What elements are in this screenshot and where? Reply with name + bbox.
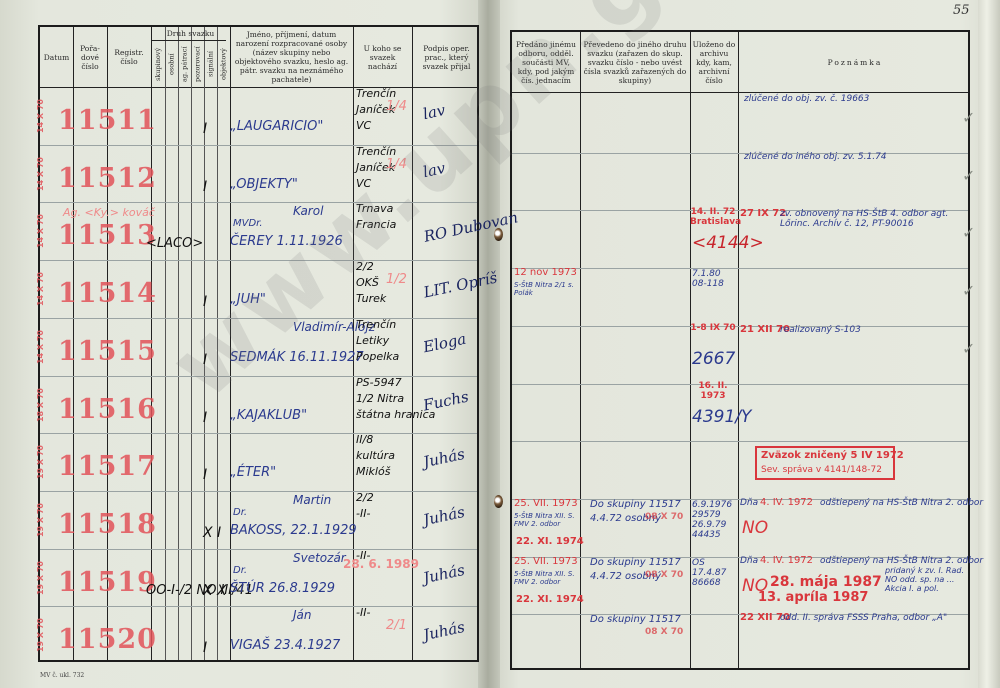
check-mark: ✓	[962, 223, 975, 242]
header-u-koho: U koho se svazek nachází	[353, 27, 412, 87]
row-number-stamp: 11514	[58, 278, 157, 309]
holder-line: Trnava	[356, 202, 393, 215]
subject-name: „ÉTER"	[230, 465, 276, 480]
check-mark: ✓	[962, 339, 975, 358]
binder-ring	[494, 495, 503, 508]
row-number-stamp: 11516	[58, 394, 157, 425]
ulozeno-stamp: 1-8 IX 70	[690, 323, 736, 333]
header-prevedeno: Převedeno do jiného druhu svazku (zařaze…	[580, 32, 690, 92]
druh-mark: X I	[203, 525, 221, 541]
check-mark: ✓	[962, 108, 975, 127]
poznamka-stamp: 28. mája 1987	[770, 574, 882, 590]
subject-name: „JUH"	[230, 292, 266, 307]
predano-stamp: 25. VII. 1973	[514, 498, 578, 509]
first-name: Svetozár	[293, 551, 346, 565]
holder-line: 2/2	[356, 491, 374, 504]
druh-mark: I	[203, 410, 207, 426]
header-druh-type: pozorovací	[191, 41, 204, 87]
druh-mark: I	[203, 121, 207, 137]
date-stamp: 19 X 70	[36, 445, 45, 479]
ulozeno-text: 2667	[692, 349, 736, 369]
ulozeno-text: OS 17.4.87 86668	[692, 558, 736, 588]
row-number-stamp: 11511	[58, 105, 157, 136]
date-stamp: 19 X 70	[36, 561, 45, 595]
date-stamp: 14 X 70	[36, 214, 45, 248]
subject-name: VIGAŠ 23.4.1927	[230, 638, 340, 653]
holder-line: OKŠ	[356, 276, 379, 289]
date-stamp: 14 X 70	[36, 330, 45, 364]
holder-line: Popelka	[356, 350, 399, 363]
row-number-stamp: 11512	[58, 163, 157, 194]
header-druh-type: objektový	[217, 41, 230, 87]
holder-line: VC	[356, 177, 371, 190]
poznamka-text: zlúčené do iného obj. zv. 5.1.74	[744, 152, 914, 162]
prevedeno-stamp: 08 X 70	[645, 627, 683, 637]
predano-text: S-ŠtB Nitra 2/1 s. Polák	[514, 281, 576, 297]
destroyed-stamp-line: Zväzok zničený 5 IV 1972	[761, 450, 904, 461]
subject-name: SEDMÁK 16.11.1927	[230, 350, 364, 365]
prevedeno-stamp: 08 X 70	[645, 570, 683, 580]
holder-line: Trenčín	[356, 318, 396, 331]
date-stamp: 18 X 70	[36, 388, 45, 422]
header-predano: Předáno jinému odboru, odděl. součásti M…	[512, 32, 580, 92]
row-number-stamp: 11520	[58, 624, 157, 655]
row-number-stamp: 11518	[58, 509, 157, 540]
holder-line: Miklóš	[356, 465, 390, 478]
subject-name: „OBJEKTY"	[230, 177, 298, 192]
holder-line: 1/2 Nitra	[356, 392, 404, 405]
predano-stamp: 22. XI. 1974	[516, 536, 584, 547]
predano-stamp: 12 nov 1973	[514, 267, 577, 278]
date-stamp: 14 X 70	[36, 272, 45, 306]
page-number: 55	[953, 3, 970, 18]
ulozeno-text: <4144>	[692, 233, 736, 253]
destroyed-stamp: Zväzok zničený 5 IV 1972Sev. správa v 41…	[755, 446, 895, 480]
date-stamp: 14 X 70	[36, 99, 45, 133]
predano-stamp: 25. VII. 1973	[514, 556, 578, 567]
form-code: MV č. ukl. 732	[40, 672, 84, 679]
predano-text: 5-ŠtB Nitra XII. S. FMV 2. odbor	[514, 512, 576, 528]
header-registr-cislo: Registr. číslo	[107, 27, 151, 87]
first-name: Karol	[293, 204, 323, 218]
header-druh-type: osobní	[165, 41, 178, 87]
poznamka-stamp: 13. apríla 1987	[758, 590, 868, 605]
first-name: Martin	[293, 493, 331, 507]
holder-line: kultúra	[356, 449, 395, 462]
check-mark: ✓	[962, 166, 975, 185]
ulozeno-text: 4391/Y	[692, 407, 736, 427]
header-podpis: Podpis oper. prac., který svazek přijal	[412, 27, 481, 87]
first-name: Ján	[293, 608, 312, 622]
header-datum: Datum	[40, 27, 73, 87]
holder-red-note: 1/4	[386, 157, 407, 172]
holder-line: 2/2	[356, 260, 374, 273]
date-stamp: 19 X 70	[36, 618, 45, 652]
ulozeno-stamp: 14. II. 72 Bratislava	[690, 207, 736, 227]
subject-name: „LAUGARICIO"	[230, 119, 323, 134]
druh-mark: X X	[203, 583, 227, 599]
poznamka-prefix: Dňa	[740, 556, 758, 566]
row-number-stamp: 11513	[58, 220, 157, 251]
prevedeno-text: Do skupiny 11517	[590, 613, 685, 627]
holder-line: -II-	[356, 606, 370, 619]
poznamka-text: odštiepený na HS-ŠtB Nitra 2. odbor	[820, 556, 990, 566]
druh-mark: I	[203, 467, 207, 483]
row-number-stamp: 11517	[58, 451, 157, 482]
header-poznamka: Poznámka	[738, 32, 972, 92]
holder-red-note: 1/4	[386, 99, 407, 114]
holder-line: Turek	[356, 292, 386, 305]
druh-mark: I	[203, 179, 207, 195]
holder-red-note: 2/1	[386, 618, 407, 633]
poznamka-text: zlúčené do obj. zv. č. 19663	[744, 94, 914, 104]
poznamka-text: zv. obnovený na HS-ŠtB 4. odbor agt. Lőr…	[780, 209, 950, 229]
poznamka-text: odštiepený na HS-ŠtB Nitra 2. odbor	[820, 498, 990, 508]
ulozeno-text: 6.9.1976 29579 26.9.79 44435	[692, 500, 736, 540]
subject-name: BAKOSS, 22.1.1929	[230, 523, 357, 538]
header-druh-type: ag. pátrací	[178, 41, 191, 87]
prevedeno-stamp: 08 X 70	[645, 512, 683, 522]
poznamka-stamp: 4. IV. 1972	[760, 497, 813, 508]
druh-mark: I	[203, 640, 207, 656]
poznamka-extra: pridaný k zv. I. Rad. NO odd. sp. na ...…	[885, 566, 973, 593]
date-stamp: 14 X 70	[36, 157, 45, 191]
destroyed-stamp-line: Sev. správa v 4141/148-72	[761, 465, 882, 475]
predano-text: 5-ŠtB Nitra XII. S. FMV 2. odbor	[514, 570, 576, 586]
holder-red-note: 1/2	[386, 272, 407, 287]
name-title: MVDr.	[233, 218, 263, 229]
druh-mark: I	[203, 352, 207, 368]
header-druh-svazku: Druh svazku	[151, 27, 230, 40]
check-mark: ✓	[962, 281, 975, 300]
header-jmeno: Jméno, příjmení, datum narození rozpraco…	[230, 27, 353, 87]
subject-name: ČEREY 1.11.1926	[230, 234, 343, 249]
header-druh-type: skupinový	[151, 41, 165, 87]
name-title: Dr.	[233, 565, 247, 576]
druh-mark: I	[203, 294, 207, 310]
poznamka-text: odd. II. správa FSSS Praha, odbor „A"	[780, 613, 950, 623]
agent-note: Ag. <Ky.> kováč	[63, 206, 155, 219]
holder-line: PS-5947	[356, 376, 402, 389]
header-druh-type: signální	[204, 41, 217, 87]
holder-stamp: 28. 6. 1989	[343, 557, 419, 571]
subject-name: „KAJAKLUB"	[230, 408, 307, 423]
book-gutter	[478, 0, 500, 688]
holder-line: -II-	[356, 507, 370, 520]
poznamka-stamp: 4. IV. 1972	[760, 555, 813, 566]
row-number-stamp: 11515	[58, 336, 157, 367]
row-number-stamp: 11519	[58, 567, 157, 598]
date-stamp: 19 X 70	[36, 503, 45, 537]
ulozeno-stamp: 16. II. 1973	[690, 381, 736, 401]
holder-line: Francia	[356, 218, 396, 231]
header-ulozeno: Uloženo do archivu kdy, kam, archivní čí…	[690, 32, 738, 92]
ulozeno-text: 7.1.80 08-118	[692, 269, 736, 289]
predano-stamp: 22. XI. 1974	[516, 594, 584, 605]
header-poradove-cislo: Pořa-dové číslo	[73, 27, 107, 87]
name-title: Dr.	[233, 507, 247, 518]
holder-line: VC	[356, 119, 371, 132]
holder-line: II/8	[356, 433, 373, 446]
registr-number: <LACO>	[146, 236, 203, 251]
subject-name: ŠTÚR 26.8.1929	[230, 581, 335, 596]
poznamka-no: NO	[742, 518, 768, 538]
poznamka-text: realizovaný S-103	[780, 325, 950, 335]
holder-line: Letiky	[356, 334, 389, 347]
poznamka-prefix: Dňa	[740, 498, 758, 508]
page-edge	[978, 0, 1000, 688]
